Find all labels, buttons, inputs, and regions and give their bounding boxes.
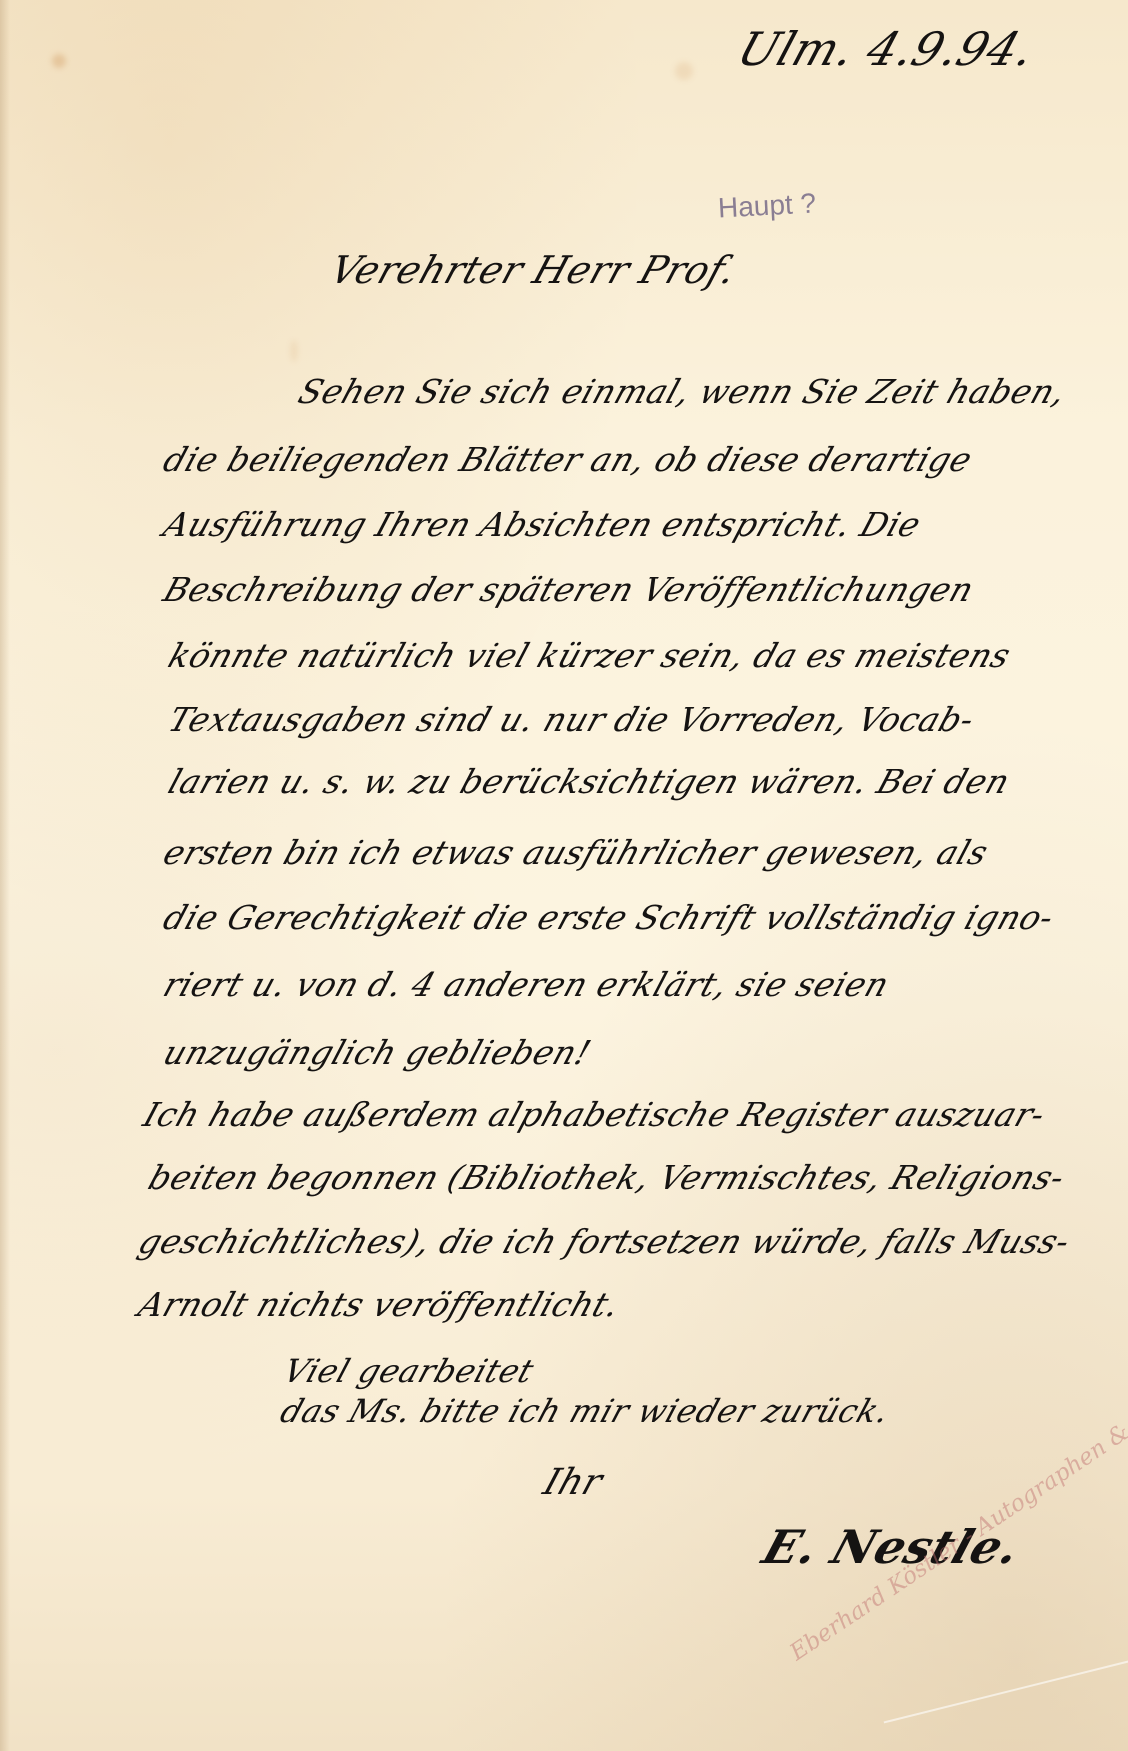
body-line: die beiliegenden Blätter an, ob diese de…	[159, 440, 978, 479]
body-line: ersten bin ich etwas ausführlicher gewes…	[159, 833, 994, 872]
foxing-stain	[675, 62, 693, 80]
salutation: Verehrter Herr Prof.	[325, 248, 742, 292]
paper-crease	[884, 1659, 1128, 1724]
paper-edge-shadow	[0, 0, 10, 1751]
body-line: Ich habe außerdem alphabetische Register…	[139, 1095, 1051, 1134]
body-line: Sehen Sie sich einmal, wenn Sie Zeit hab…	[294, 372, 1072, 411]
body-line: Ausführung Ihren Absichten entspricht. D…	[159, 505, 926, 544]
body-line: beiten begonnen (Bibliothek, Vermischtes…	[144, 1158, 1070, 1197]
body-line: geschichtliches), die ich fortsetzen wür…	[134, 1222, 1076, 1261]
pencil-annotation: Haupt ?	[717, 187, 817, 224]
body-line: die Gerechtigkeit die erste Schrift voll…	[159, 898, 1059, 937]
body-line: unzugänglich geblieben!	[159, 1033, 596, 1072]
closing-line: Viel gearbeitet	[279, 1352, 539, 1390]
body-line: Textausgaben sind u. nur die Vorreden, V…	[164, 700, 980, 739]
place-date: Ulm. 4.9.94.	[731, 22, 1042, 76]
foxing-stain	[290, 340, 298, 362]
valediction: Ihr	[538, 1462, 607, 1503]
foxing-stain	[52, 54, 66, 68]
body-line: larien u. s. w. zu berücksichtigen wären…	[164, 762, 1015, 801]
body-line: könnte natürlich viel kürzer sein, da es…	[164, 636, 1016, 675]
body-line: Beschreibung der späteren Veröffentlichu…	[159, 570, 979, 609]
letter-page: Ulm. 4.9.94. Haupt ? Verehrter Herr Prof…	[0, 0, 1128, 1751]
closing-line: das Ms. bitte ich mir wieder zurück.	[276, 1392, 895, 1430]
body-line: Arnolt nichts veröffentlicht.	[134, 1285, 625, 1324]
body-line: riert u. von d. 4 anderen erklärt, sie s…	[159, 965, 895, 1004]
